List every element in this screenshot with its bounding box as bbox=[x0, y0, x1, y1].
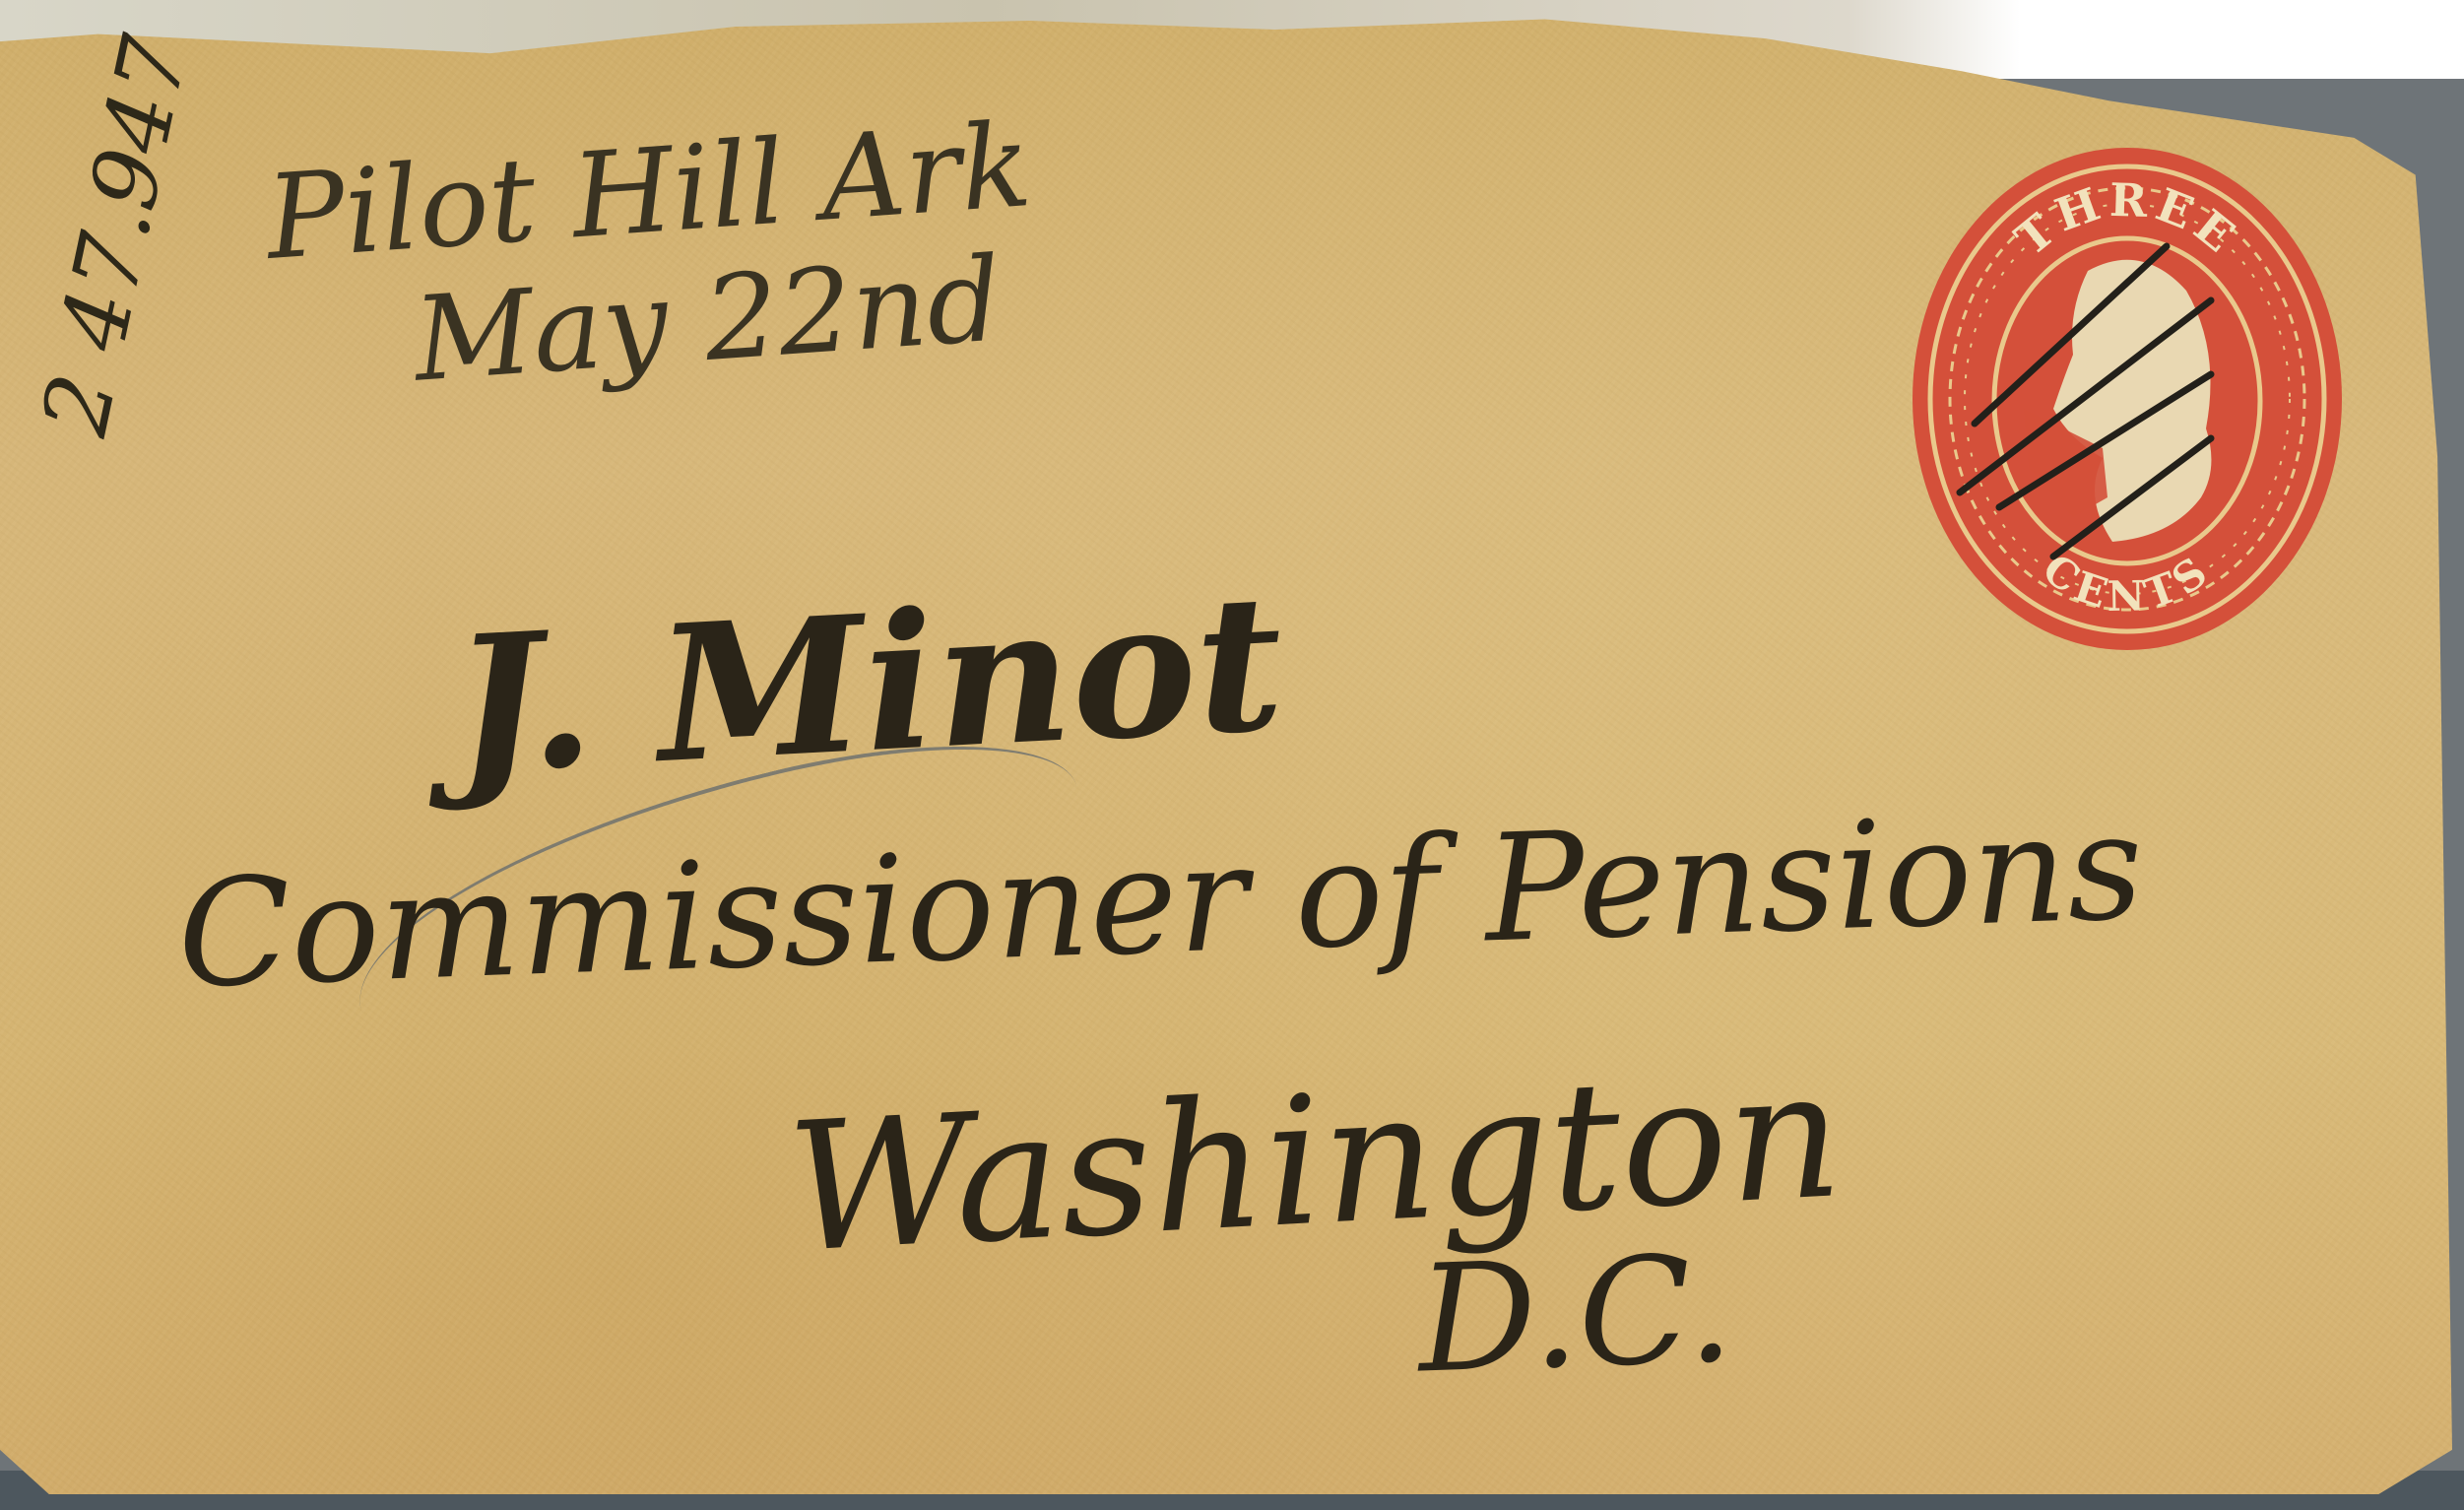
addressee-name: J. Minot bbox=[449, 569, 1287, 800]
stamp-icon: THREE CENTS bbox=[1906, 143, 2349, 655]
embossed-stamp: THREE CENTS bbox=[1906, 143, 2349, 655]
addressee-district: D.C. bbox=[1415, 1235, 1735, 1394]
